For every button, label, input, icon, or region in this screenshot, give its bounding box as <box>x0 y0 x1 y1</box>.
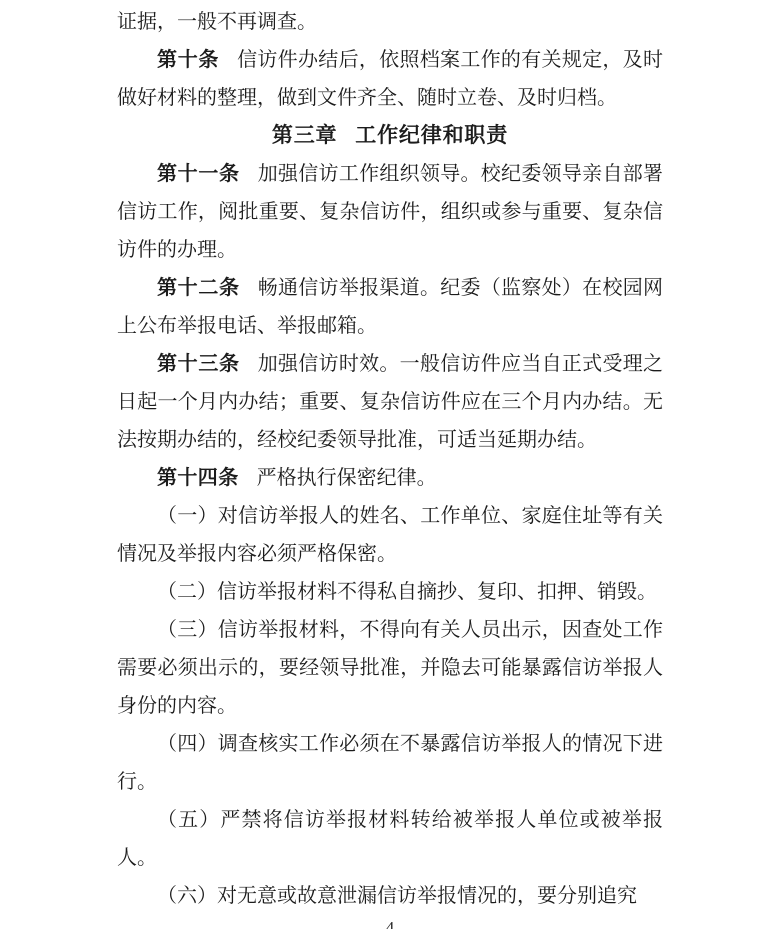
article-11-label: 第十一条 <box>157 163 240 185</box>
chapter-number: 第三章 <box>272 124 338 147</box>
paragraph-article-14: 第十四条严格执行保密纪律。 <box>117 459 663 497</box>
page-number: 4 <box>0 919 780 929</box>
list-item-4: （四）调查核实工作必须在不暴露信访举报人的情况下进行。 <box>117 725 663 801</box>
paragraph-article-12: 第十二条畅通信访举报渠道。纪委（监察处）在校园网上公布举报电话、举报邮箱。 <box>117 269 663 345</box>
list-item-6: （六）对无意或故意泄漏信访举报情况的，要分别追究 <box>117 877 663 915</box>
article-13-label: 第十三条 <box>157 353 240 375</box>
article-12-label: 第十二条 <box>157 277 240 299</box>
list-item-5: （五）严禁将信访举报材料转给被举报人单位或被举报人。 <box>117 801 663 877</box>
paragraph-article-10: 第十条信访件办结后，依照档案工作的有关规定，及时做好材料的整理，做到文件齐全、随… <box>117 41 663 117</box>
paragraph-article-11: 第十一条加强信访工作组织领导。校纪委领导亲自部署信访工作，阅批重要、复杂信访件，… <box>117 155 663 269</box>
article-14-text: 严格执行保密纪律。 <box>257 467 437 489</box>
article-14-label: 第十四条 <box>157 467 239 489</box>
document-page: 证据，一般不再调查。 第十条信访件办结后，依照档案工作的有关规定，及时做好材料的… <box>0 0 780 929</box>
paragraph-continuation: 证据，一般不再调查。 <box>117 3 663 41</box>
chapter-heading: 第三章工作纪律和职责 <box>117 117 663 155</box>
article-10-label: 第十条 <box>157 49 219 71</box>
paragraph-article-13: 第十三条加强信访时效。一般信访件应当自正式受理之日起一个月内办结；重要、复杂信访… <box>117 345 663 459</box>
chapter-title: 工作纪律和职责 <box>355 124 508 147</box>
list-item-1: （一）对信访举报人的姓名、工作单位、家庭住址等有关情况及举报内容必须严格保密。 <box>117 497 663 573</box>
list-item-3: （三）信访举报材料，不得向有关人员出示，因查处工作需要必须出示的，要经领导批准，… <box>117 611 663 725</box>
document-body: 证据，一般不再调查。 第十条信访件办结后，依照档案工作的有关规定，及时做好材料的… <box>0 0 780 915</box>
list-item-2: （二）信访举报材料不得私自摘抄、复印、扣押、销毁。 <box>117 573 663 611</box>
